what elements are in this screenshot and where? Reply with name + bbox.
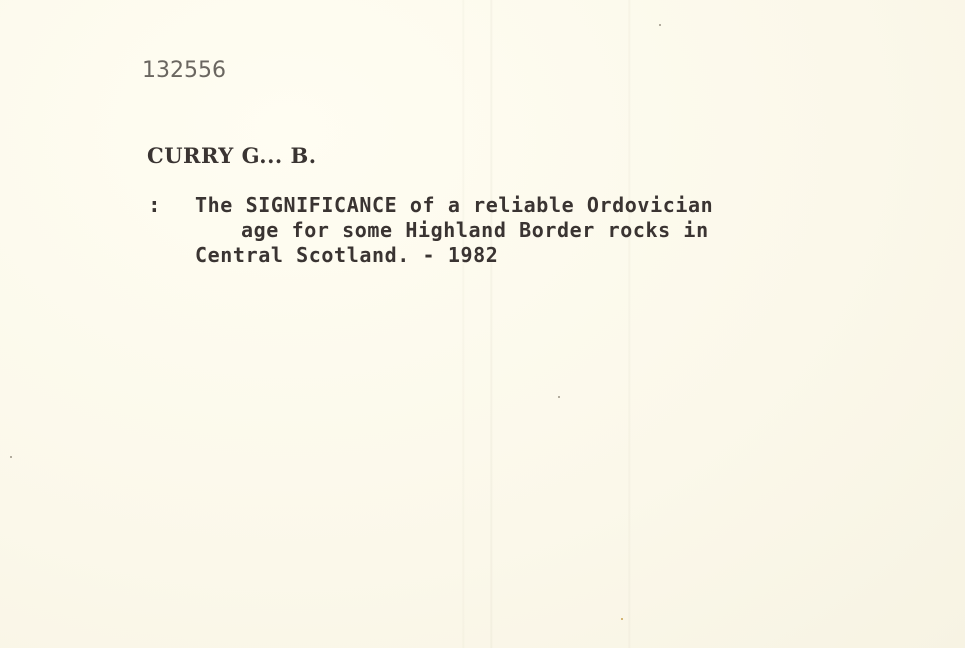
author-name: CURRY G... B. [147,143,317,168]
title-line-2: age for some Highland Border rocks in [195,218,713,243]
title-line-3: Central Scotland. - 1982 [195,243,713,268]
accession-number: 132556 [142,58,226,83]
paper-speck [621,618,623,620]
paper-speck [558,396,560,398]
paper-speck [659,24,661,26]
paper-speck [10,456,12,458]
title-line-1: The SIGNIFICANCE of a reliable Ordovicia… [195,193,713,218]
entry-marker: : [148,193,161,218]
title-entry: The SIGNIFICANCE of a reliable Ordovicia… [195,193,713,268]
catalog-card: 132556 CURRY G... B. : The SIGNIFICANCE … [0,0,965,648]
